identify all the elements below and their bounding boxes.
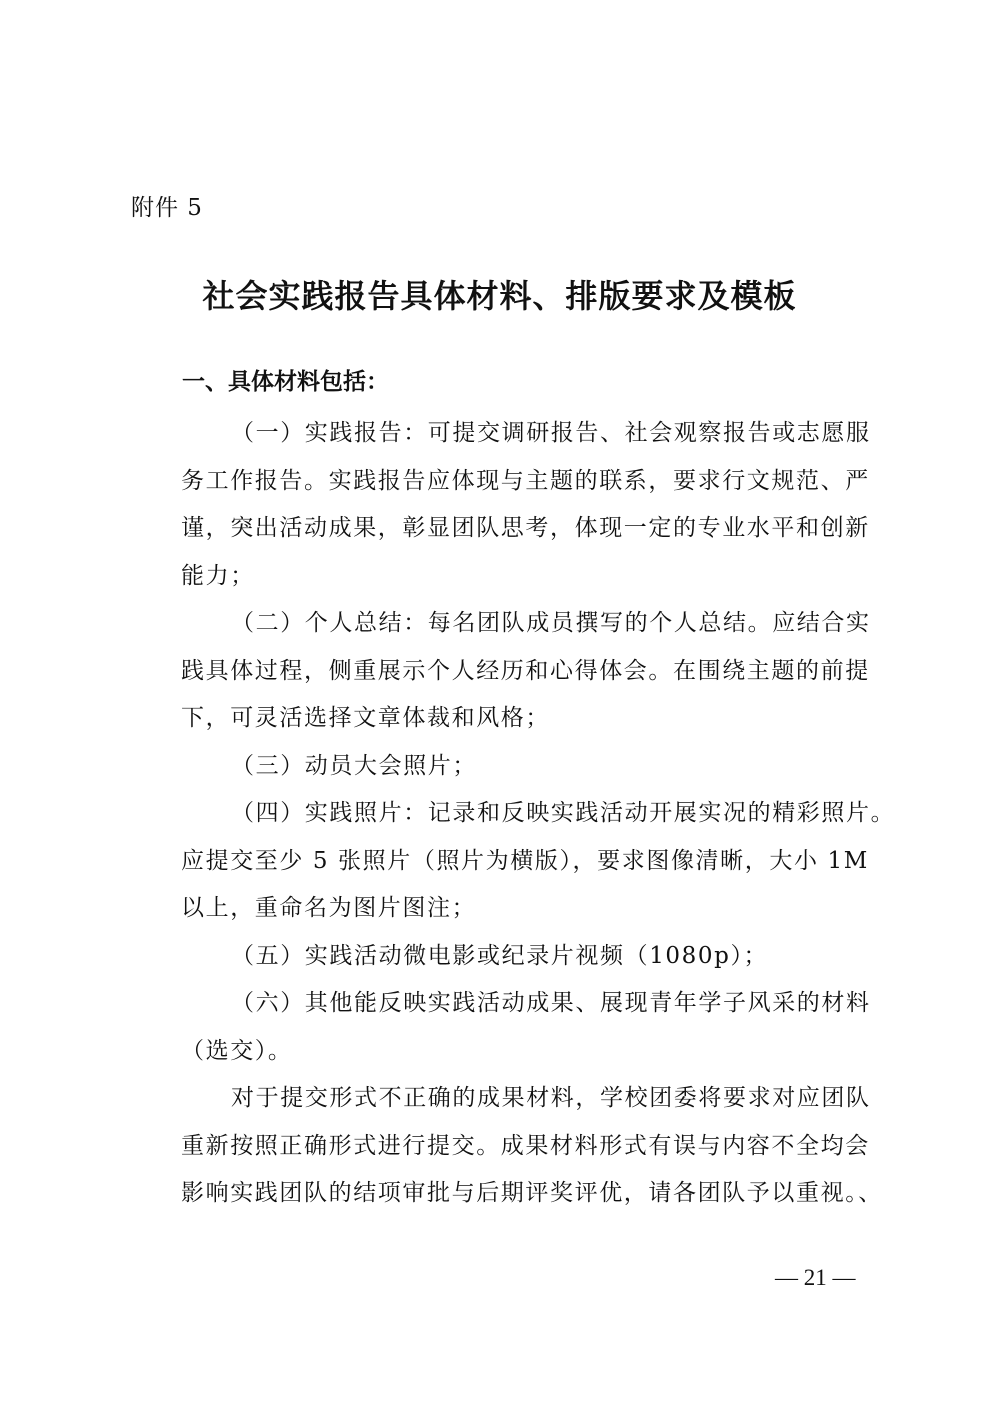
body-text: （一）实践报告：可提交调研报告、社会观察报告或志愿服 务工作报告。实践报告应体现… [131,410,873,1218]
page-number: — 21 — [775,1262,856,1294]
section-heading: 一、具体材料包括： [182,366,389,398]
paragraph-practice-photos: （四）实践照片：记录和反映实践活动开展实况的精彩照片。 应提交至少 5 张照片（… [131,790,873,933]
text-line: 影响实践团队的结项审批与后期评奖评优，请各团队予以重视。、 [131,1170,873,1218]
paragraph-video: （五）实践活动微电影或纪录片视频（1080p）； [131,933,873,981]
text-line: （一）实践报告：可提交调研报告、社会观察报告或志愿服 [131,410,873,458]
text-line: 以上，重命名为图片图注； [131,885,873,933]
paragraph-personal-summary: （二）个人总结：每名团队成员撰写的个人总结。应结合实 践具体过程，侧重展示个人经… [131,600,873,743]
page-title: 社会实践报告具体材料、排版要求及模板 [0,272,999,320]
text-line: 重新按照正确形式进行提交。成果材料形式有误与内容不全均会 [131,1123,873,1171]
text-line: 对于提交形式不正确的成果材料，学校团委将要求对应团队 [131,1075,873,1123]
text-line: （五）实践活动微电影或纪录片视频（1080p）； [131,933,873,981]
text-line: （六）其他能反映实践活动成果、展现青年学子风采的材料 [131,980,873,1028]
text-line: （二）个人总结：每名团队成员撰写的个人总结。应结合实 [131,600,873,648]
paragraph-meeting-photos: （三）动员大会照片； [131,743,873,791]
text-line: 谨，突出活动成果，彰显团队思考，体现一定的专业水平和创新 [131,505,873,553]
text-line: （三）动员大会照片； [131,743,873,791]
text-line: 务工作报告。实践报告应体现与主题的联系，要求行文规范、严 [131,458,873,506]
attachment-label: 附件 5 [131,192,203,224]
paragraph-other-materials: （六）其他能反映实践活动成果、展现青年学子风采的材料 （选交）。 [131,980,873,1075]
paragraph-practice-report: （一）实践报告：可提交调研报告、社会观察报告或志愿服 务工作报告。实践报告应体现… [131,410,873,600]
text-line: （四）实践照片：记录和反映实践活动开展实况的精彩照片。 [131,790,873,838]
text-line: 能力； [131,553,873,601]
text-line: 应提交至少 5 张照片（照片为横版），要求图像清晰，大小 1M [131,838,873,886]
paragraph-submission-note: 对于提交形式不正确的成果材料，学校团委将要求对应团队 重新按照正确形式进行提交。… [131,1075,873,1218]
text-line: 践具体过程，侧重展示个人经历和心得体会。在围绕主题的前提 [131,648,873,696]
text-line: （选交）。 [131,1028,873,1076]
text-line: 下，可灵活选择文章体裁和风格； [131,695,873,743]
